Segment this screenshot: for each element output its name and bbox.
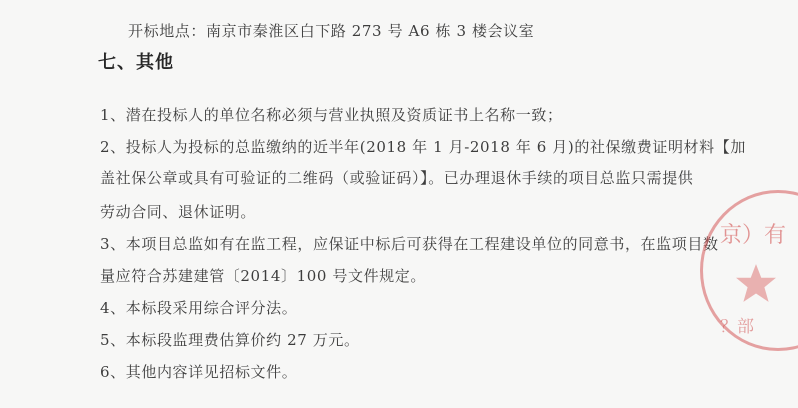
item-2-line-3: 劳动合同、退休证明。: [100, 201, 256, 222]
item-3-line-2: 量应符合苏建建管〔2014〕100 号文件规定。: [100, 265, 426, 286]
seal-text: 京）有: [720, 218, 786, 249]
item-2-line-2: 盖社保公章或具有可验证的二维码（或验证码）】。已办理退休手续的项目总监只需提供: [100, 167, 693, 188]
section-heading: 七、其他: [98, 48, 174, 74]
item-2-line-1: 2、投标人为投标的总监缴纳的近半年(2018 年 1 月-2018 年 6 月)…: [100, 136, 746, 157]
item-1: 1、潜在投标人的单位名称必须与营业执照及资质证书上名称一致；: [100, 104, 563, 125]
bid-opening-location: 开标地点：南京市秦淮区白下路 273 号 A6 栋 3 楼会议室: [128, 20, 534, 41]
document-page: 开标地点：南京市秦淮区白下路 273 号 A6 栋 3 楼会议室 七、其他 1、…: [0, 0, 798, 408]
seal-bottom-text: ？部: [720, 312, 754, 337]
item-3-line-1: 3、本项目总监如有在监工程，应保证中标后可获得在工程建设单位的同意书，在监项目数: [100, 233, 719, 254]
seal-star-icon: [735, 262, 777, 304]
item-4: 4、本标段采用综合评分法。: [100, 297, 297, 318]
item-5: 5、本标段监理费估算价约 27 万元。: [100, 329, 360, 350]
item-6: 6、其他内容详见招标文件。: [100, 361, 297, 382]
